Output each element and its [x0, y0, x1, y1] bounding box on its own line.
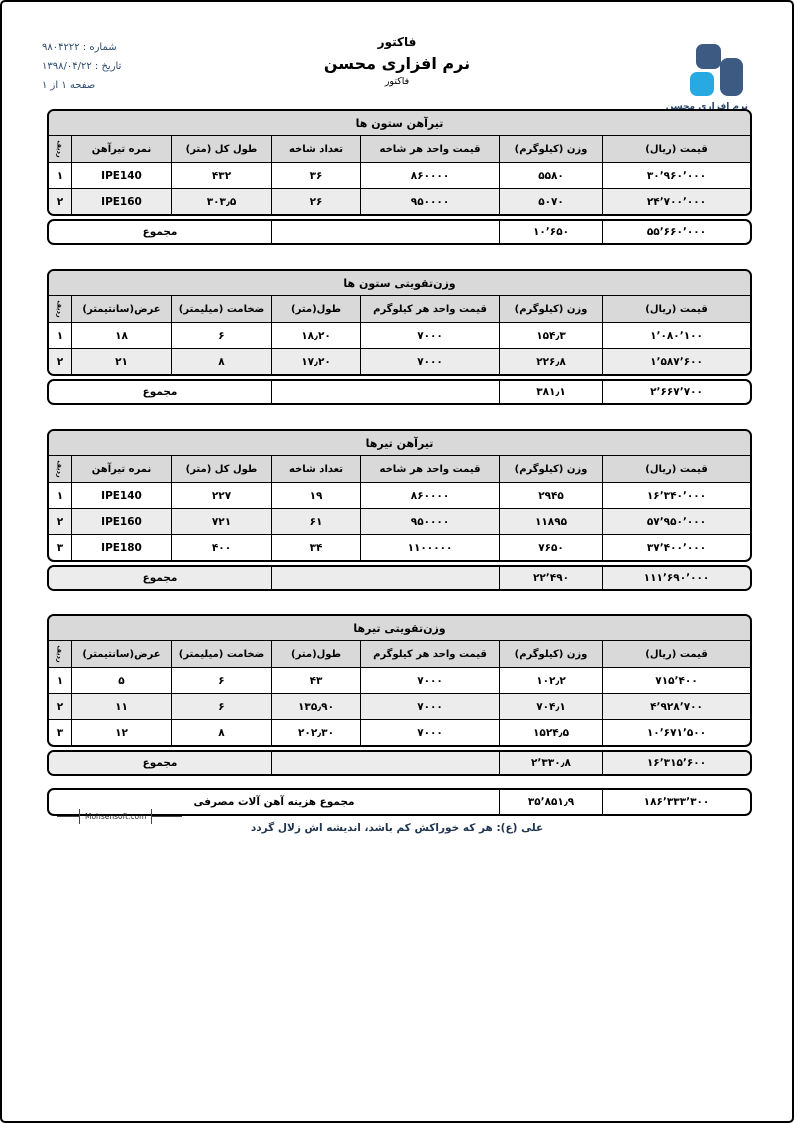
total-empty-cell: [271, 381, 499, 403]
table-data-cell: ۴٬۹۲۸٬۷۰۰: [602, 693, 750, 719]
total-label: مجموع: [49, 381, 271, 403]
table-header-cell: طول کل (متر): [171, 455, 271, 482]
table-header-cell: قیمت (ریال): [602, 135, 750, 162]
table-data-cell: ۲۲۶٫۸: [499, 348, 602, 374]
table-data-cell: ۴۳: [271, 667, 360, 693]
logo-square-dark-icon: [696, 44, 721, 69]
total-label: مجموع: [49, 221, 271, 243]
table-header-cell: ردیف: [49, 295, 71, 322]
table-header-cell: قیمت واحد هر کیلوگرم: [360, 640, 499, 667]
table-header-cell: وزن (کیلوگرم): [499, 295, 602, 322]
table-data-cell: ۱۷٫۲۰: [271, 348, 360, 374]
table-data-cell: ۲: [49, 348, 71, 374]
table-data-cell: ۱۵۴٫۳: [499, 322, 602, 348]
table-data-cell: IPE160: [71, 188, 171, 214]
table-box: وزن‌تقویتی تیرهاردیفعرض(سانتیمتر)ضخامت (…: [47, 614, 752, 747]
total-price: ۲٬۶۶۷٬۷۰۰: [602, 381, 750, 403]
document-subtitle: فاکتور: [202, 76, 592, 87]
table-header-cell: ضخامت (میلیمتر): [171, 640, 271, 667]
table-data-cell: ۷۰۰۰: [360, 667, 499, 693]
table-header-cell: قیمت واحد هر شاخه: [360, 135, 499, 162]
invoice-meta: شماره : ۹۸۰۴۲۲۲ تاریخ : ۱۳۹۸/۰۴/۲۲ صفحه …: [42, 38, 121, 95]
company-logo: نرم افزاری محسن: [650, 32, 750, 112]
footer-quote: علی (ع): هر که خوراکش کم باشد، اندیشه اش…: [2, 822, 792, 834]
table-data-cell: ۱۵۲۴٫۵: [499, 719, 602, 745]
table-data-cell: ۷۰۰۰: [360, 348, 499, 374]
table-data-cell: ۳: [49, 719, 71, 745]
table-section-reinforcement-girders: وزن‌تقویتی تیرهاردیفعرض(سانتیمتر)ضخامت (…: [47, 614, 752, 776]
table-data-cell: ۹۵۰۰۰۰: [360, 188, 499, 214]
table-data-cell: ۳۰٬۹۶۰٬۰۰۰: [602, 162, 750, 188]
total-empty-cell: [271, 221, 499, 243]
table-header-cell: وزن (کیلوگرم): [499, 640, 602, 667]
table-data-cell: ۲۲۷: [171, 482, 271, 508]
total-empty-cell: [271, 752, 499, 774]
table-data-cell: ۵۰۷۰: [499, 188, 602, 214]
total-weight: ۳۸۱٫۱: [499, 381, 602, 403]
table-data-cell: IPE180: [71, 534, 171, 560]
table-data-cell: ۳۴: [271, 534, 360, 560]
table-data-cell: ۱: [49, 162, 71, 188]
table-data-cell: ۲: [49, 508, 71, 534]
table-title: تیرآهن تیرها: [49, 431, 750, 455]
table-data-cell: ۴۰۰: [171, 534, 271, 560]
table-total-box: مجموع۳۸۱٫۱۲٬۶۶۷٬۷۰۰: [47, 379, 752, 405]
table-data-cell: ۲۱: [71, 348, 171, 374]
table-header-cell: وزن (کیلوگرم): [499, 135, 602, 162]
table-data-cell: ۱۱۰۰۰۰۰: [360, 534, 499, 560]
row-number-header: ردیف: [56, 140, 64, 157]
row-number-header: ردیف: [56, 300, 64, 317]
table-header-cell: عرض(سانتیمتر): [71, 640, 171, 667]
row-number-header: ردیف: [56, 460, 64, 477]
table-data-cell: ۲۶: [271, 188, 360, 214]
total-label: مجموع: [49, 567, 271, 589]
table-header-cell: طول(متر): [271, 640, 360, 667]
table-data-cell: ۱: [49, 482, 71, 508]
table-header-cell: قیمت واحد هر کیلوگرم: [360, 295, 499, 322]
table-data-cell: ۶: [171, 693, 271, 719]
invoice-page: شماره : ۹۸۰۴۲۲۲ تاریخ : ۱۳۹۸/۰۴/۲۲ صفحه …: [0, 0, 794, 1123]
table-data-cell: ۷۱۵٬۴۰۰: [602, 667, 750, 693]
page-info: صفحه ۱ از ۱: [42, 76, 121, 95]
table-title: وزن‌تقویتی تیرها: [49, 616, 750, 640]
table-data-cell: ۶: [171, 322, 271, 348]
table-data-cell: ۳۶: [271, 162, 360, 188]
table-section-reinforcement-columns: وزن‌تقویتی ستون هاردیفعرض(سانتیمتر)ضخامت…: [47, 269, 752, 405]
table-data-cell: ۷۰۰۰: [360, 693, 499, 719]
table-data-cell: ۹۵۰۰۰۰: [360, 508, 499, 534]
table-header-cell: طول(متر): [271, 295, 360, 322]
watermark-line-right: [152, 816, 182, 817]
table-data-cell: ۶۱: [271, 508, 360, 534]
table-data-cell: ۱: [49, 322, 71, 348]
table-total-box: مجموع۲۲٬۴۹۰۱۱۱٬۶۹۰٬۰۰۰: [47, 565, 752, 591]
document-type-title: فاکتور: [202, 35, 592, 49]
table-data-cell: ۱٬۵۸۷٬۶۰۰: [602, 348, 750, 374]
table-data-cell: ۱۱۸۹۵: [499, 508, 602, 534]
table-data-cell: IPE140: [71, 162, 171, 188]
table-header-cell: ردیف: [49, 640, 71, 667]
total-price: ۵۵٬۶۶۰٬۰۰۰: [602, 221, 750, 243]
table-header-cell: قیمت واحد هر شاخه: [360, 455, 499, 482]
table-data-cell: ۲: [49, 188, 71, 214]
invoice-number-value: ۹۸۰۴۲۲۲: [42, 42, 80, 53]
table-data-cell: ۳: [49, 534, 71, 560]
table-header-cell: نمره تیرآهن: [71, 135, 171, 162]
table-title: وزن‌تقویتی ستون ها: [49, 271, 750, 295]
table-header-cell: عرض(سانتیمتر): [71, 295, 171, 322]
table-data-cell: ۸۶۰۰۰۰: [360, 162, 499, 188]
table-box: تیرآهن تیرهاردیفنمره تیرآهنطول کل (متر)ت…: [47, 429, 752, 562]
table-box: تیرآهن ستون هاردیفنمره تیرآهنطول کل (متر…: [47, 109, 752, 216]
table-data-cell: ۲۰۲٫۳۰: [271, 719, 360, 745]
total-weight: ۱۰٬۶۵۰: [499, 221, 602, 243]
table-data-cell: ۷۰۰۰: [360, 719, 499, 745]
table-header-cell: قیمت (ریال): [602, 295, 750, 322]
table-data-cell: ۸: [171, 719, 271, 745]
invoice-number-line: شماره : ۹۸۰۴۲۲۲: [42, 38, 121, 57]
logo-pill-dark-icon: [720, 58, 743, 96]
table-data-cell: ۱۰٬۶۷۱٬۵۰۰: [602, 719, 750, 745]
table-total-box: مجموع۱۰٬۶۵۰۵۵٬۶۶۰٬۰۰۰: [47, 219, 752, 245]
table-data-cell: ۲۴٬۷۰۰٬۰۰۰: [602, 188, 750, 214]
table-data-cell: ۳۷٬۴۰۰٬۰۰۰: [602, 534, 750, 560]
table-data-cell: IPE140: [71, 482, 171, 508]
table-data-cell: ۵: [71, 667, 171, 693]
table-header-cell: ردیف: [49, 135, 71, 162]
table-data-cell: ۱۳۵٫۹۰: [271, 693, 360, 719]
table-header-cell: قیمت (ریال): [602, 455, 750, 482]
table-data-cell: ۱۱: [71, 693, 171, 719]
table-data-cell: ۸۶۰۰۰۰: [360, 482, 499, 508]
table-header-cell: طول کل (متر): [171, 135, 271, 162]
table-data-cell: ۱۰۲٫۲: [499, 667, 602, 693]
table-data-cell: ۱٬۰۸۰٬۱۰۰: [602, 322, 750, 348]
table-section-beam-girders: تیرآهن تیرهاردیفنمره تیرآهنطول کل (متر)ت…: [47, 429, 752, 591]
watermark-line-left: [57, 816, 79, 817]
total-weight: ۲۲٬۴۹۰: [499, 567, 602, 589]
table-header-cell: تعداد شاخه: [271, 455, 360, 482]
table-data-cell: ۲۹۴۵: [499, 482, 602, 508]
company-name: نرم افزاری محسن: [202, 54, 592, 73]
invoice-date-line: تاریخ : ۱۳۹۸/۰۴/۲۲: [42, 57, 121, 76]
total-empty-cell: [271, 567, 499, 589]
table-data-cell: ۱۸: [71, 322, 171, 348]
grand-total-weight: ۳۵٬۸۵۱٫۹: [499, 790, 602, 814]
table-data-cell: ۷۶۵۰: [499, 534, 602, 560]
total-weight: ۲٬۳۳۰٫۸: [499, 752, 602, 774]
table-data-cell: ۷۰۰۰: [360, 322, 499, 348]
invoice-date-value: ۱۳۹۸/۰۴/۲۲: [42, 61, 92, 72]
table-header-cell: نمره تیرآهن: [71, 455, 171, 482]
total-price: ۱۶٬۳۱۵٬۶۰۰: [602, 752, 750, 774]
table-data-cell: ۸: [171, 348, 271, 374]
row-number-header: ردیف: [56, 645, 64, 662]
table-total-box: مجموع۲٬۳۳۰٫۸۱۶٬۳۱۵٬۶۰۰: [47, 750, 752, 776]
table-data-cell: ۳۰۳٫۵: [171, 188, 271, 214]
table-data-cell: ۶: [171, 667, 271, 693]
table-header-cell: ردیف: [49, 455, 71, 482]
invoice-date-label: تاریخ :: [95, 61, 121, 72]
table-header-cell: وزن (کیلوگرم): [499, 455, 602, 482]
table-data-cell: ۱۸٫۲۰: [271, 322, 360, 348]
grand-total-price: ۱۸۶٬۳۳۳٬۳۰۰: [602, 790, 750, 814]
logo-square-blue-icon: [690, 72, 714, 96]
table-data-cell: IPE160: [71, 508, 171, 534]
table-data-cell: ۱: [49, 667, 71, 693]
table-title: تیرآهن ستون ها: [49, 111, 750, 135]
table-box: وزن‌تقویتی ستون هاردیفعرض(سانتیمتر)ضخامت…: [47, 269, 752, 376]
table-data-cell: ۱۶٬۳۴۰٬۰۰۰: [602, 482, 750, 508]
table-header-cell: تعداد شاخه: [271, 135, 360, 162]
table-header-cell: ضخامت (میلیمتر): [171, 295, 271, 322]
total-label: مجموع: [49, 752, 271, 774]
total-price: ۱۱۱٬۶۹۰٬۰۰۰: [602, 567, 750, 589]
table-data-cell: ۵۵۸۰: [499, 162, 602, 188]
table-data-cell: ۵۷٬۹۵۰٬۰۰۰: [602, 508, 750, 534]
table-header-cell: قیمت (ریال): [602, 640, 750, 667]
invoice-number-label: شماره :: [83, 42, 117, 53]
table-data-cell: ۷۰۴٫۱: [499, 693, 602, 719]
table-data-cell: ۴۳۲: [171, 162, 271, 188]
table-data-cell: ۱۹: [271, 482, 360, 508]
table-data-cell: ۱۲: [71, 719, 171, 745]
table-data-cell: ۷۲۱: [171, 508, 271, 534]
invoice-header: فاکتور نرم افزاری محسن فاکتور: [202, 35, 592, 87]
table-section-beam-columns: تیرآهن ستون هاردیفنمره تیرآهنطول کل (متر…: [47, 109, 752, 245]
table-data-cell: ۲: [49, 693, 71, 719]
